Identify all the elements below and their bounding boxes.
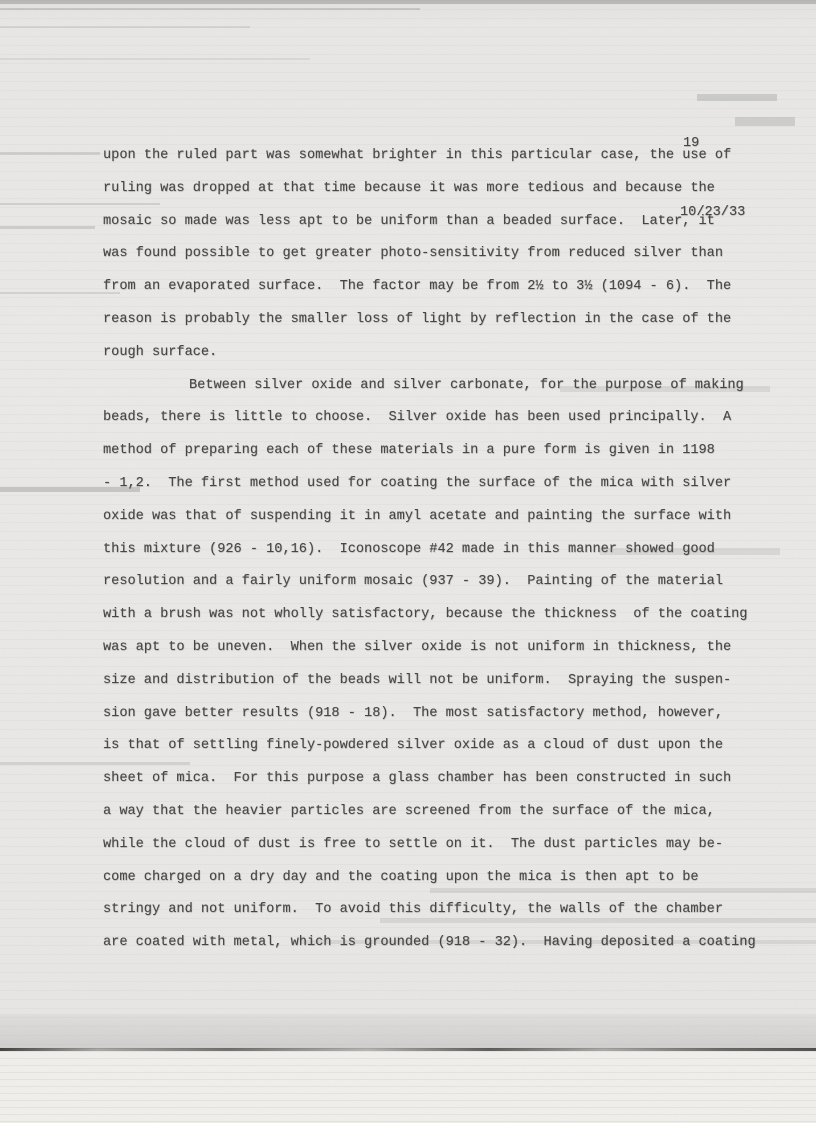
scan-streak — [0, 8, 420, 10]
text-line: from an evaporated surface. The factor m… — [103, 271, 775, 304]
scan-streak — [0, 226, 95, 229]
text-line: with a brush was not wholly satisfactory… — [103, 599, 775, 632]
scan-bottom-band — [0, 1014, 816, 1049]
scan-streak — [0, 26, 250, 28]
text-line: this mixture (926 - 10,16). Iconoscope #… — [103, 534, 775, 567]
scan-bottom-light-area — [0, 1051, 816, 1123]
text-line: was apt to be uneven. When the silver ox… — [103, 632, 775, 665]
paragraph-2: Between silver oxide and silver carbonat… — [103, 370, 775, 960]
text-line: Between silver oxide and silver carbonat… — [103, 370, 775, 403]
text-line: a way that the heavier particles are scr… — [103, 796, 775, 829]
text-line: stringy and not uniform. To avoid this d… — [103, 894, 775, 927]
scan-streak-texture — [0, 1051, 816, 1123]
text-line: upon the ruled part was somewhat brighte… — [103, 140, 775, 173]
text-line: come charged on a dry day and the coatin… — [103, 862, 775, 895]
text-line: oxide was that of suspending it in amyl … — [103, 501, 775, 534]
text-line: - 1,2. The first method used for coating… — [103, 468, 775, 501]
text-line: are coated with metal, which is grounded… — [103, 927, 775, 960]
scan-streak — [0, 152, 100, 155]
scanned-document-page: 19 10/23/33 upon the ruled part was some… — [0, 0, 816, 1123]
text-line: reason is probably the smaller loss of l… — [103, 304, 775, 337]
scan-streak — [0, 58, 310, 60]
scan-bottom-line — [0, 1048, 816, 1051]
text-line: beads, there is little to choose. Silver… — [103, 402, 775, 435]
paragraph-1: upon the ruled part was somewhat brighte… — [103, 140, 775, 370]
text-line: mosaic so made was less apt to be unifor… — [103, 206, 775, 239]
text-line: while the cloud of dust is free to settl… — [103, 829, 775, 862]
text-line: is that of settling finely-powdered silv… — [103, 730, 775, 763]
text-line: rough surface. — [103, 337, 775, 370]
text-line: was found possible to get greater photo-… — [103, 238, 775, 271]
text-line: size and distribution of the beads will … — [103, 665, 775, 698]
scan-streak — [0, 292, 120, 294]
scan-top-edge — [0, 0, 816, 4]
text-line: method of preparing each of these materi… — [103, 435, 775, 468]
text-line: ruling was dropped at that time because … — [103, 173, 775, 206]
document-body: upon the ruled part was somewhat brighte… — [103, 140, 775, 960]
text-line: sheet of mica. For this purpose a glass … — [103, 763, 775, 796]
text-line: resolution and a fairly uniform mosaic (… — [103, 566, 775, 599]
text-line: sion gave better results (918 - 18). The… — [103, 698, 775, 731]
